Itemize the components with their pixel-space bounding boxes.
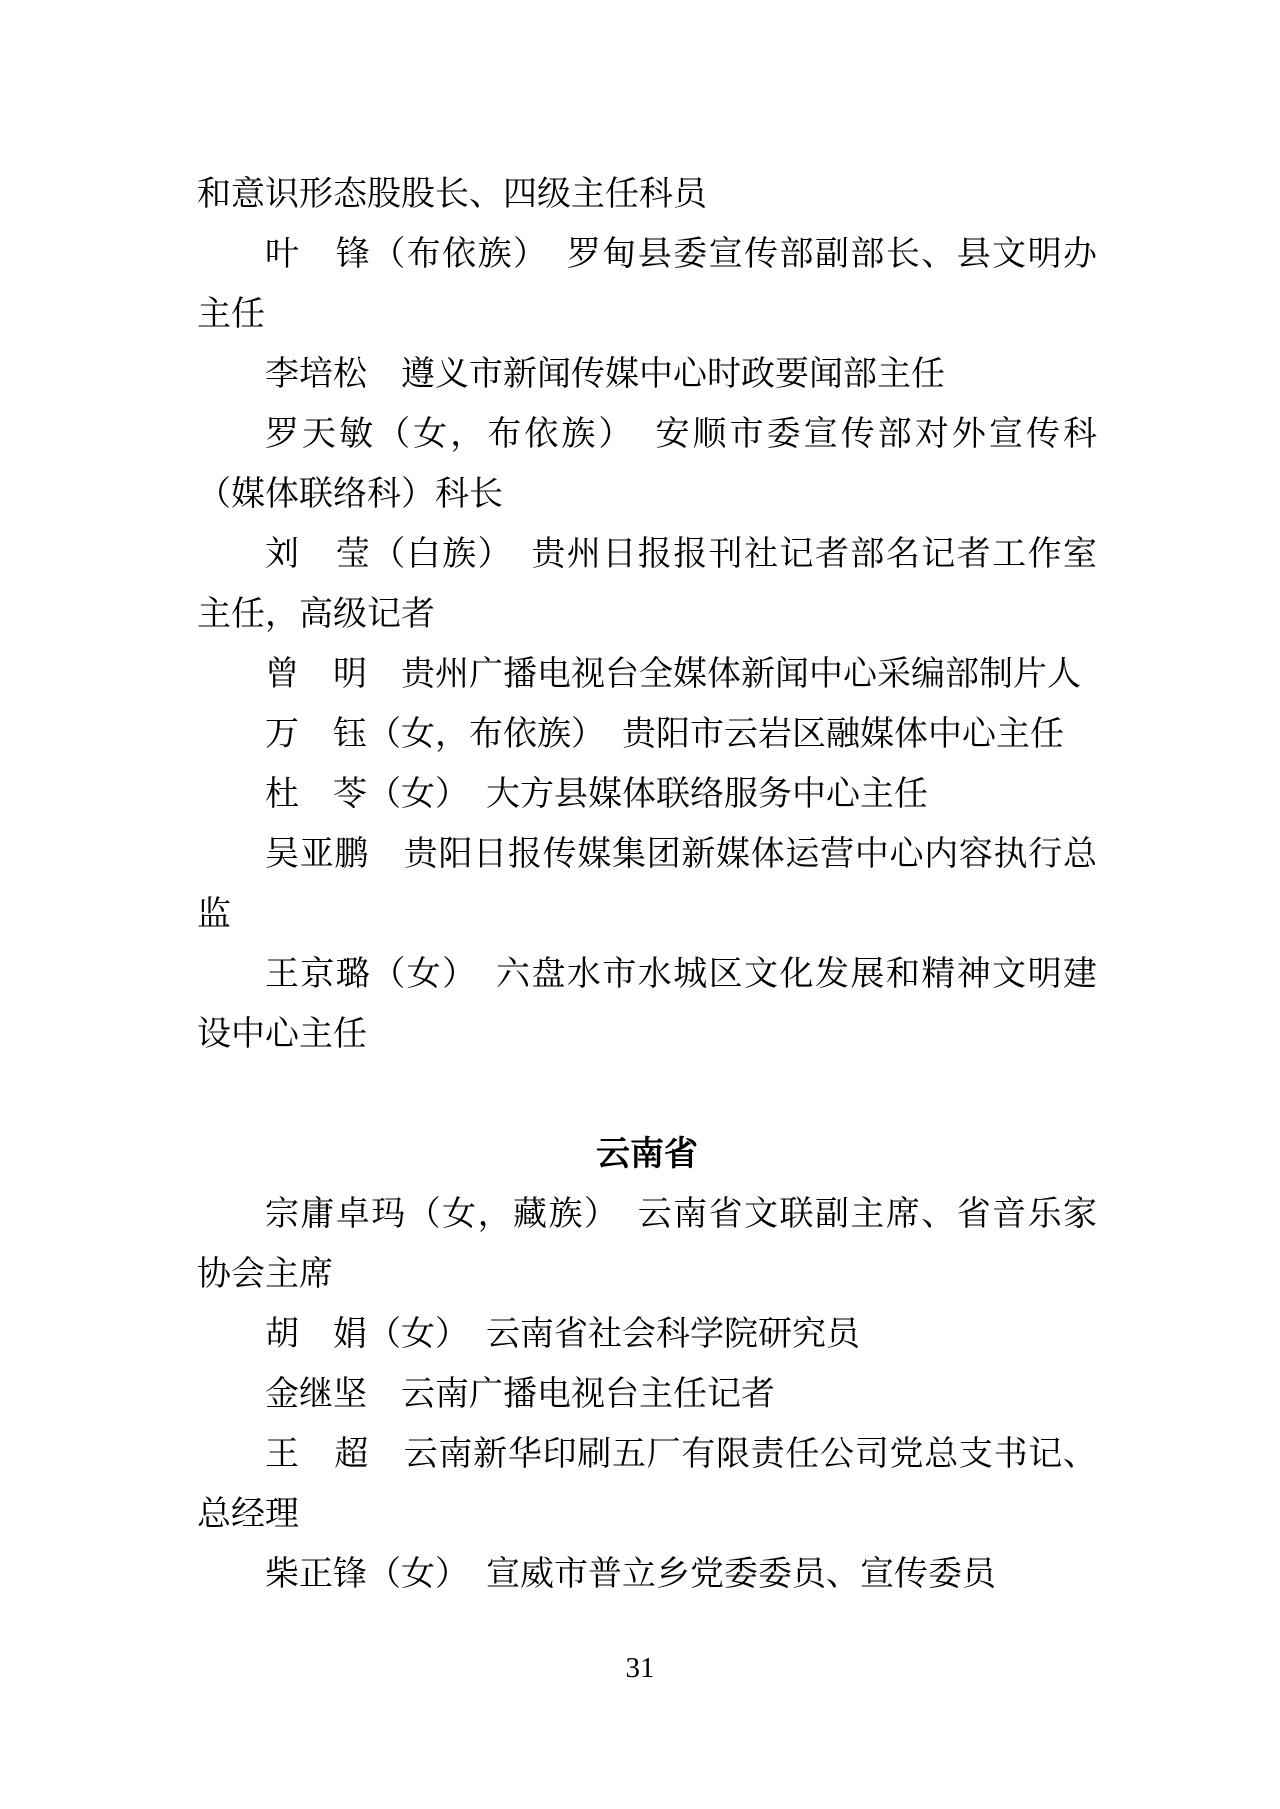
document-page: { "page": { "number": "31", "background_…	[0, 0, 1280, 1809]
text-line: 监	[197, 884, 1097, 944]
text-line: 设中心主任	[197, 1004, 1097, 1064]
text-line: 杜 苓（女） 大方县媒体联络服务中心主任	[197, 764, 1097, 824]
text-line: 总经理	[197, 1484, 1097, 1544]
text-line: 协会主席	[197, 1244, 1097, 1304]
text-line: 吴亚鹏 贵阳日报传媒集团新媒体运营中心内容执行总	[197, 824, 1097, 884]
text-line: （媒体联络科）科长	[197, 464, 1097, 524]
text-line: 罗天敏（女，布依族） 安顺市委宣传部对外宣传科	[197, 404, 1097, 464]
text-line: 胡 娟（女） 云南省社会科学院研究员	[197, 1304, 1097, 1364]
text-line: 王 超 云南新华印刷五厂有限责任公司党总支书记、	[197, 1424, 1097, 1484]
document-body: 和意识形态股股长、四级主任科员叶 锋（布依族） 罗甸县委宣传部副部长、县文明办主…	[197, 164, 1097, 1604]
text-line: 主任	[197, 284, 1097, 344]
text-line: 曾 明 贵州广播电视台全媒体新闻中心采编部制片人	[197, 644, 1097, 704]
text-line: 柴正锋（女） 宣威市普立乡党委委员、宣传委员	[197, 1544, 1097, 1604]
text-line: 万 钰（女，布依族） 贵阳市云岩区融媒体中心主任	[197, 704, 1097, 764]
text-line: 刘 莹（白族） 贵州日报报刊社记者部名记者工作室	[197, 524, 1097, 584]
page-footer: 31	[0, 1648, 1280, 1688]
text-line: 宗庸卓玛（女，藏族） 云南省文联副主席、省音乐家	[197, 1184, 1097, 1244]
blank-line	[197, 1064, 1097, 1124]
section-header: 云南省	[197, 1124, 1097, 1184]
text-line: 主任，高级记者	[197, 584, 1097, 644]
text-line: 叶 锋（布依族） 罗甸县委宣传部副部长、县文明办	[197, 224, 1097, 284]
text-line: 金继坚 云南广播电视台主任记者	[197, 1364, 1097, 1424]
text-line: 王京璐（女） 六盘水市水城区文化发展和精神文明建	[197, 944, 1097, 1004]
page-number: 31	[626, 1652, 655, 1684]
text-line: 和意识形态股股长、四级主任科员	[197, 164, 1097, 224]
text-line: 李培松 遵义市新闻传媒中心时政要闻部主任	[197, 344, 1097, 404]
